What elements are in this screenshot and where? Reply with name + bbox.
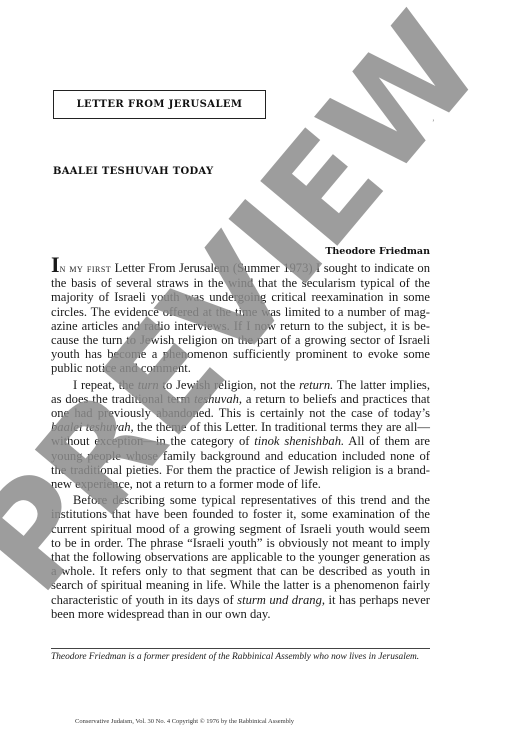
section-header-label: LETTER FROM JERUSALEM xyxy=(77,99,243,110)
author-footnote: Theodore Friedman is a former president … xyxy=(51,652,430,663)
italic-term: baalei teshuvah, xyxy=(51,420,134,434)
article-body: In my first Letter From Jerusalem (Summe… xyxy=(51,260,430,621)
italic-term: return. xyxy=(299,378,333,392)
body-paragraph: In my first Letter From Jerusalem (Summe… xyxy=(51,260,430,376)
italic-term: turn xyxy=(138,378,159,392)
footnote-divider xyxy=(51,648,430,649)
document-page: LETTER FROM JERUSALEM ’ BAALEI TESHUVAH … xyxy=(0,0,515,750)
body-paragraph: Before describing some typical represent… xyxy=(51,493,430,621)
italic-term: teshuvah, xyxy=(194,392,242,406)
italic-term: sturm und drang, xyxy=(237,593,325,607)
section-header-box: LETTER FROM JERUSALEM xyxy=(53,90,266,119)
article-title: BAALEI TESHUVAH TODAY xyxy=(53,166,213,177)
italic-term: tinok shenishbah. xyxy=(254,434,344,448)
article-author: Theodore Friedman xyxy=(325,246,430,257)
body-paragraph: I repeat, the turn to Jewish religion, n… xyxy=(51,378,430,492)
drop-cap: I xyxy=(51,252,60,277)
copyright-line: Conservative Judaism, Vol. 30 No. 4 Copy… xyxy=(75,718,294,725)
lead-in-small-caps: n my first xyxy=(60,263,112,275)
stray-mark: ’ xyxy=(432,118,435,127)
